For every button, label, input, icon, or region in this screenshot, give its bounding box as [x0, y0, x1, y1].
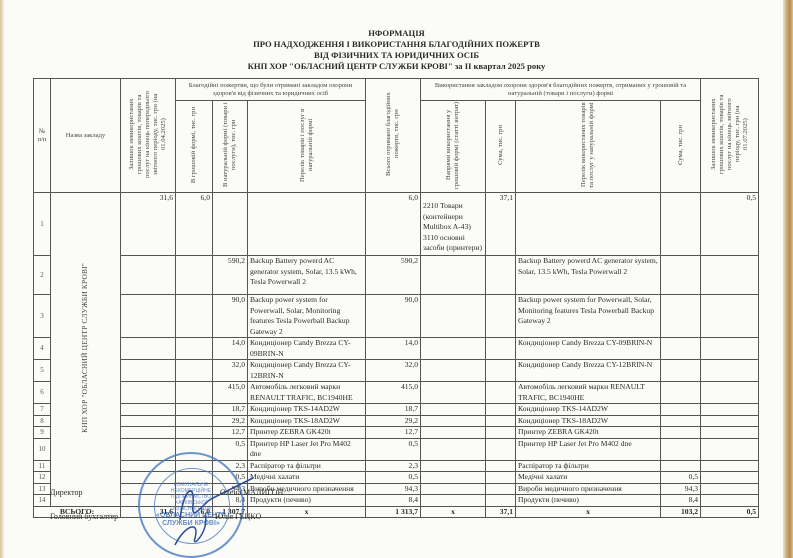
- cell-kind: 415,0: [213, 382, 248, 404]
- cell-cash-sum: [486, 438, 516, 460]
- title-line: НФОРМАЦІЯ: [0, 28, 793, 39]
- cell-cash-sum: [486, 404, 516, 416]
- cell-balance-end: [701, 256, 759, 295]
- table-row: 112,3Распіратор та фільтри2,3Распіратор …: [34, 460, 759, 472]
- cell-cash-sum: [486, 472, 516, 484]
- cell-direction: [421, 360, 486, 382]
- cell-total: 29,2: [366, 415, 421, 427]
- table-row: 532,0Кондиціонер Candy Brezza CY-12BRIN-…: [34, 360, 759, 382]
- cell-list: Кондиціонер TKS-14AD2W: [248, 404, 366, 416]
- cell-used-list: [516, 193, 661, 256]
- table-row: 718,7Кондиціонер TKS-14AD2W18,7Кондиціон…: [34, 404, 759, 416]
- cell-list: Медічні халати: [248, 472, 366, 484]
- cell-balance-start: 31,6: [121, 193, 176, 256]
- cell-direction: [421, 438, 486, 460]
- cell-used-sum: 94,3: [661, 483, 701, 495]
- cell-kind: 12,7: [213, 427, 248, 439]
- cell-cash-sum: [486, 295, 516, 338]
- row-number: 12: [34, 472, 51, 484]
- cell-total: 590,2: [366, 256, 421, 295]
- total-balance-end: 0,5: [701, 506, 759, 518]
- cell-used-sum: [661, 256, 701, 295]
- row-number: 2: [34, 256, 51, 295]
- cell-direction: [421, 483, 486, 495]
- director-title: Директор: [50, 488, 82, 497]
- header-name: Назва закладу: [51, 79, 121, 193]
- cell-total: 94,3: [366, 483, 421, 495]
- cell-cash-sum: [486, 483, 516, 495]
- total-total: 1 313,7: [366, 506, 421, 518]
- title-line: КНП ХОР "ОБЛАСНИЙ ЦЕНТР СЛУЖБИ КРОВІ" за…: [0, 61, 793, 72]
- cell-total: 8,4: [366, 495, 421, 507]
- cell-kind: 14,0: [213, 338, 248, 360]
- cell-used-list: Кондиціонер Candy Brezza CY-12BRIN-N: [516, 360, 661, 382]
- cell-list: Backup Battery powerd AC generator syste…: [248, 256, 366, 295]
- cell-used-sum: [661, 360, 701, 382]
- cell-list: Кондиціонер Candy Brezza CY-12BRIN-N: [248, 360, 366, 382]
- title-line: ПРО НАДХОДЖЕННЯ І ВИКОРИСТАННЯ БЛАГОДІЙН…: [0, 39, 793, 50]
- cell-used-sum: [661, 415, 701, 427]
- header-received-kind: В натуральній формі (товари і послуги), …: [213, 101, 248, 193]
- cell-direction: [421, 427, 486, 439]
- row-number: 8: [34, 415, 51, 427]
- cell-list: Кондиціонер Candy Brezza CY-09BRIN-N: [248, 338, 366, 360]
- table-row: 2590,2Backup Battery powerd AC generator…: [34, 256, 759, 295]
- cell-direction: [421, 338, 486, 360]
- cell-balance-start: [121, 404, 176, 416]
- cell-list: Принтер ZEBRA GK420t: [248, 427, 366, 439]
- signature-director: [165, 470, 255, 550]
- cell-used-list: Автомобіль легковий марки RENAULT TRAFIC…: [516, 382, 661, 404]
- cell-used-list: Принтер ZEBRA GK420t: [516, 427, 661, 439]
- cell-total: 0,5: [366, 438, 421, 460]
- cell-balance-end: 0,5: [701, 193, 759, 256]
- cell-balance-start: [121, 338, 176, 360]
- cell-cash: [176, 382, 213, 404]
- cell-balance-end: [701, 483, 759, 495]
- cell-used-list: Backup power system for Powerwall, Solar…: [516, 295, 661, 338]
- cell-used-list: Backup Battery powerd AC generator syste…: [516, 256, 661, 295]
- institution-name-cell: КНП ХОР "ОБЛАСНИЙ ЦЕНТР СЛУЖБИ КРОВІ": [51, 193, 121, 507]
- row-number: 9: [34, 427, 51, 439]
- row-number: 10: [34, 438, 51, 460]
- header-used-kind-sum: Сума, тис. грн: [661, 101, 701, 193]
- accountant-name: Юлія ГЕЦКО: [215, 512, 261, 521]
- cell-kind: 29,2: [213, 415, 248, 427]
- cell-cash-sum: [486, 382, 516, 404]
- row-number: 3: [34, 295, 51, 338]
- cell-total: 90,0: [366, 295, 421, 338]
- cell-list: Принтер HP Laser Jet Pro M402 dne: [248, 438, 366, 460]
- table-row: 390,0Backup power system for Powerwall, …: [34, 295, 759, 338]
- cell-balance-end: [701, 338, 759, 360]
- cell-used-list: Медічні халати: [516, 472, 661, 484]
- cell-direction: [421, 382, 486, 404]
- cell-balance-end: [701, 472, 759, 484]
- total-list: x: [248, 506, 366, 518]
- cell-list: Backup power system for Powerwall, Solar…: [248, 295, 366, 338]
- cell-used-sum: [661, 338, 701, 360]
- total-direction: x: [421, 506, 486, 518]
- cell-balance-start: [121, 256, 176, 295]
- cell-used-sum: [661, 404, 701, 416]
- cell-cash: [176, 295, 213, 338]
- row-number: 11: [34, 460, 51, 472]
- row-number: 14: [34, 495, 51, 507]
- cell-cash: [176, 415, 213, 427]
- cell-direction: [421, 415, 486, 427]
- cell-cash: 6,0: [176, 193, 213, 256]
- cell-cash-sum: [486, 415, 516, 427]
- row-number: 6: [34, 382, 51, 404]
- cell-balance-end: [701, 404, 759, 416]
- cell-used-list: Вироби медичного призначення: [516, 483, 661, 495]
- cell-kind: [213, 193, 248, 256]
- cell-list: Распіратор та фільтри: [248, 460, 366, 472]
- cell-list: Кондиціонер TKS-18AD2W: [248, 415, 366, 427]
- cell-used-sum: 0,5: [661, 472, 701, 484]
- table-row: 1КНП ХОР "ОБЛАСНИЙ ЦЕНТР СЛУЖБИ КРОВІ"31…: [34, 193, 759, 256]
- cell-cash-sum: [486, 427, 516, 439]
- cell-cash: [176, 404, 213, 416]
- cell-used-sum: 8,4: [661, 495, 701, 507]
- cell-total: 6,0: [366, 193, 421, 256]
- row-number: 4: [34, 338, 51, 360]
- paper-edge-left: [0, 0, 4, 558]
- cell-used-sum: [661, 382, 701, 404]
- cell-balance-start: [121, 415, 176, 427]
- institution-name: КНП ХОР "ОБЛАСНИЙ ЦЕНТР СЛУЖБИ КРОВІ": [80, 263, 91, 433]
- cell-cash-sum: [486, 256, 516, 295]
- cell-balance-end: [701, 415, 759, 427]
- cell-cash-sum: [486, 338, 516, 360]
- cell-used-sum: [661, 438, 701, 460]
- cell-kind: 90,0: [213, 295, 248, 338]
- table-row: 6415,0Автомобіль легковий марки RENAULT …: [34, 382, 759, 404]
- document-title: НФОРМАЦІЯ ПРО НАДХОДЖЕННЯ І ВИКОРИСТАННЯ…: [0, 28, 793, 72]
- cell-direction: 2210 Товари (контейнери Multibox A-43) 3…: [421, 193, 486, 256]
- cell-used-list: Кондиціонер TKS-14AD2W: [516, 404, 661, 416]
- cell-balance-end: [701, 438, 759, 460]
- cell-used-list: Продукти (печиво): [516, 495, 661, 507]
- row-number: 1: [34, 193, 51, 256]
- header-received-list: Перелік товарів і послуг в натуральній ф…: [248, 101, 366, 193]
- row-number: 5: [34, 360, 51, 382]
- cell-balance-end: [701, 382, 759, 404]
- row-number: 13: [34, 483, 51, 495]
- header-used-cash-sum: Сума, тис. грн: [486, 101, 516, 193]
- cell-cash: [176, 360, 213, 382]
- cell-balance-start: [121, 427, 176, 439]
- cell-kind: 18,7: [213, 404, 248, 416]
- row-number: 7: [34, 404, 51, 416]
- cell-direction: [421, 404, 486, 416]
- cell-list: [248, 193, 366, 256]
- table-row: 829,2Кондиціонер TKS-18AD2W29,2Кондиціон…: [34, 415, 759, 427]
- cell-cash: [176, 256, 213, 295]
- cell-cash-sum: [486, 460, 516, 472]
- cell-direction: [421, 295, 486, 338]
- cell-used-list: Распіратор та фільтри: [516, 460, 661, 472]
- cell-total: 12,7: [366, 427, 421, 439]
- paper-edge-right: [783, 0, 793, 558]
- table-row: 414,0Кондиціонер Candy Brezza CY-09BRIN-…: [34, 338, 759, 360]
- table-row: 912,7Принтер ZEBRA GK420t12,7Принтер ZEB…: [34, 427, 759, 439]
- header-no: № п/п: [34, 79, 51, 193]
- cell-total: 415,0: [366, 382, 421, 404]
- donations-table: № п/п Назва закладу Залишок невикористан…: [33, 78, 759, 518]
- cell-balance-end: [701, 295, 759, 338]
- cell-balance-start: [121, 382, 176, 404]
- header-received-cash: В грошовій формі, тис. грн: [176, 101, 213, 193]
- cell-used-list: Кондиціонер Candy Brezza CY-09BRIN-N: [516, 338, 661, 360]
- accountant-title: Головний бухгалтер: [50, 512, 118, 521]
- cell-used-sum: [661, 460, 701, 472]
- table-row: 100,5Принтер HP Laser Jet Pro M402 dne0,…: [34, 438, 759, 460]
- total-used-list: x: [516, 506, 661, 518]
- cell-total: 32,0: [366, 360, 421, 382]
- cell-balance-end: [701, 460, 759, 472]
- cell-used-list: Кондиціонер TKS-18AD2W: [516, 415, 661, 427]
- title-line: ВІД ФІЗИЧНИХ ТА ЮРИДИЧНИХ ОСІБ: [0, 50, 793, 61]
- header-used-kind-list: Перелік використаних товарів та послуг у…: [516, 101, 661, 193]
- cell-total: 2,3: [366, 460, 421, 472]
- total-cash-sum: 37,1: [486, 506, 516, 518]
- director-name: Олена МАЛИГОН: [220, 488, 283, 497]
- cell-balance-end: [701, 495, 759, 507]
- cell-kind: 590,2: [213, 256, 248, 295]
- cell-balance-start: [121, 360, 176, 382]
- cell-direction: [421, 472, 486, 484]
- total-used-sum: 103,2: [661, 506, 701, 518]
- cell-total: 14,0: [366, 338, 421, 360]
- cell-kind: 32,0: [213, 360, 248, 382]
- cell-direction: [421, 495, 486, 507]
- header-received-total: Всього отримано благодійних пожертв, тис…: [366, 79, 421, 193]
- header-used-group: Використання закладом охорони здоров'я б…: [421, 79, 701, 101]
- cell-kind: 0,5: [213, 438, 248, 460]
- cell-direction: [421, 256, 486, 295]
- cell-total: 0,5: [366, 472, 421, 484]
- cell-used-sum: [661, 427, 701, 439]
- cell-used-sum: [661, 193, 701, 256]
- cell-balance-end: [701, 427, 759, 439]
- cell-cash-sum: 37,1: [486, 193, 516, 256]
- header-balance-end: Залишок невикористаних грошових коштів, …: [701, 79, 759, 193]
- cell-cash: [176, 338, 213, 360]
- cell-total: 18,7: [366, 404, 421, 416]
- header-balance-start: Залишок невикористаних грошових коштів, …: [121, 79, 176, 193]
- cell-list: Автомобіль легковий марки RENAULT TRAFIC…: [248, 382, 366, 404]
- cell-used-sum: [661, 295, 701, 338]
- cell-cash-sum: [486, 360, 516, 382]
- cell-cash: [176, 427, 213, 439]
- header-used-cash-direction: Напрями використання у грошовій формі (с…: [421, 101, 486, 193]
- cell-balance-start: [121, 295, 176, 338]
- cell-used-list: Принтер HP Laser Jet Pro M402 dne: [516, 438, 661, 460]
- header-received-group: Благодійні пожертви, що були отримані за…: [176, 79, 366, 101]
- cell-cash-sum: [486, 495, 516, 507]
- cell-direction: [421, 460, 486, 472]
- cell-balance-end: [701, 360, 759, 382]
